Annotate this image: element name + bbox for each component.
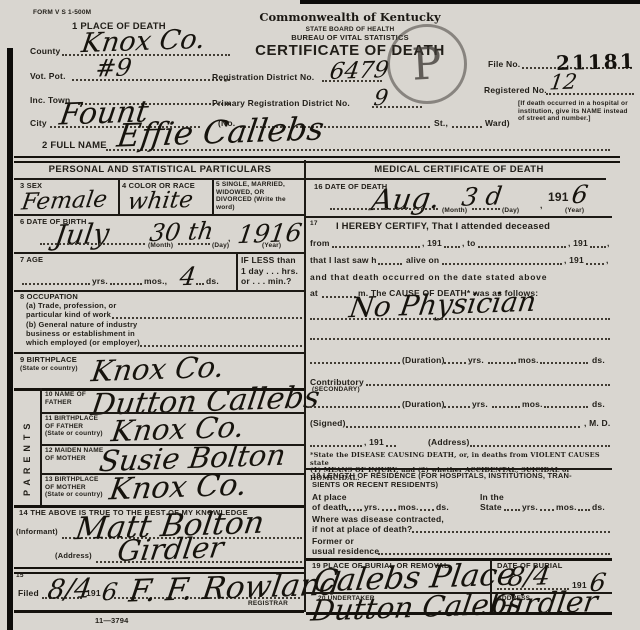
header-divider bbox=[14, 156, 620, 163]
filed-number: 15 bbox=[16, 572, 24, 580]
registered-no-label: Registered No. bbox=[484, 85, 547, 95]
certify-text: I HEREBY CERTIFY, That I attended deceas… bbox=[336, 221, 550, 232]
certify-number: 17 bbox=[310, 220, 318, 228]
titles-divider bbox=[14, 178, 606, 180]
marital-label: 5 SINGLE, MARRIED, WIDOWED, OR DIVORCED … bbox=[216, 181, 302, 211]
p-stamp: P bbox=[387, 24, 467, 104]
registrar-signature: F. F. Rowland bbox=[127, 566, 343, 609]
undertaker-address-value: Girdler bbox=[489, 584, 600, 622]
death-year-hint: (Year) bbox=[565, 207, 584, 215]
scan-top-edge bbox=[300, 0, 640, 4]
precinct-value: #9 bbox=[94, 53, 134, 82]
form-code: FORM V S 1-500M bbox=[33, 9, 91, 17]
death-month-value: Aug. bbox=[369, 181, 442, 217]
personal-section-title: PERSONAL AND STATISTICAL PARTICULARS bbox=[16, 164, 304, 175]
parents-label: PARENTS bbox=[22, 404, 32, 496]
medical-section-title: MEDICAL CERTIFICATE OF DEATH bbox=[306, 164, 612, 175]
father-birthplace-label: 11 BIRTHPLACE bbox=[45, 415, 103, 423]
registrar-label: REGISTRAR bbox=[248, 600, 288, 608]
filed-label: Filed bbox=[18, 588, 39, 598]
birthplace-hint: (State or country) bbox=[20, 365, 78, 373]
contributory-secondary-hint: (SECONDARY) bbox=[312, 386, 360, 394]
city-dots3 bbox=[452, 126, 482, 128]
residence-label: 18 LENGTH OF RESIDENCE (FOR HOSPITALS, I… bbox=[312, 472, 612, 489]
full-name-value: Effie Callebs bbox=[115, 109, 327, 154]
county-label: County bbox=[30, 46, 60, 56]
city-ward-label: Ward) bbox=[485, 118, 510, 128]
scan-binding-edge bbox=[7, 48, 13, 630]
city-label: City bbox=[30, 118, 47, 128]
full-name-label: 2 FULL NAME bbox=[42, 140, 107, 151]
registration-district-label: Registration District No. bbox=[212, 72, 314, 82]
primary-district-label: Primary Registration District No. bbox=[212, 98, 350, 108]
duration-label-1: (Duration) bbox=[402, 355, 445, 365]
birth-year-hint: (Year) bbox=[262, 242, 281, 250]
duration-label-2: (Duration) bbox=[402, 399, 445, 409]
form-footer-code: 11—3794 bbox=[95, 617, 129, 626]
father-name-label: 10 NAME OF bbox=[45, 391, 86, 399]
race-value: white bbox=[126, 187, 195, 215]
birth-month-value: July bbox=[53, 217, 112, 252]
sex-value: Female bbox=[20, 187, 109, 216]
death-certificate-scan: FORM V S 1-500M 1 PLACE OF DEATH County … bbox=[0, 0, 640, 630]
death-year-written: 6 bbox=[570, 180, 590, 210]
death-month-hint: (Month) bbox=[442, 207, 467, 215]
city-st-label: St., bbox=[434, 118, 448, 128]
p-stamp-letter: P bbox=[411, 38, 443, 90]
registration-district-value: 6479 bbox=[328, 57, 391, 85]
file-no-label: File No. bbox=[488, 59, 520, 69]
signed-label: (Signed) bbox=[310, 418, 346, 428]
age-ds-label: ds. bbox=[206, 276, 219, 286]
birth-day-hint: (Day) bbox=[212, 242, 229, 250]
age-mos-label: mos., bbox=[144, 276, 167, 286]
signed-address-label: (Address) bbox=[428, 437, 469, 447]
birthplace-label: 9 BIRTHPLACE bbox=[20, 356, 77, 365]
commonwealth-title: Commonwealth of Kentucky bbox=[230, 10, 470, 24]
birth-month-hint: (Month) bbox=[148, 242, 173, 250]
age-yrs-label: yrs. bbox=[92, 276, 108, 286]
birthplace-value: Knox Co. bbox=[89, 350, 226, 389]
age-if-less-note: IF LESS than 1 day . . . hrs. or . . . m… bbox=[241, 255, 298, 287]
informant-address-value: Girdler bbox=[115, 530, 226, 568]
md-label: , M. D. bbox=[584, 418, 610, 428]
precinct-label: Vot. Pot. bbox=[30, 71, 66, 81]
hospital-note: [If death occurred in a hospital or inst… bbox=[518, 100, 628, 123]
informant-address-label: (Address) bbox=[55, 552, 92, 561]
mother-birthplace-value: Knox Co. bbox=[107, 468, 249, 508]
mother-name-label: 12 MAIDEN NAME bbox=[45, 447, 103, 455]
informant-label: (Informant) bbox=[16, 528, 58, 537]
age-label: 7 AGE bbox=[20, 256, 43, 265]
filed-year-printed: 191 bbox=[86, 588, 101, 598]
age-days-value: 4 bbox=[178, 262, 198, 292]
mother-birthplace-label: 13 BIRTHPLACE bbox=[45, 476, 103, 484]
filed-year-written: 6 bbox=[100, 578, 119, 607]
death-year-printed: 191 bbox=[548, 192, 569, 202]
death-day-hint: (Day) bbox=[502, 207, 519, 215]
registered-no-value: 12 bbox=[548, 70, 578, 95]
